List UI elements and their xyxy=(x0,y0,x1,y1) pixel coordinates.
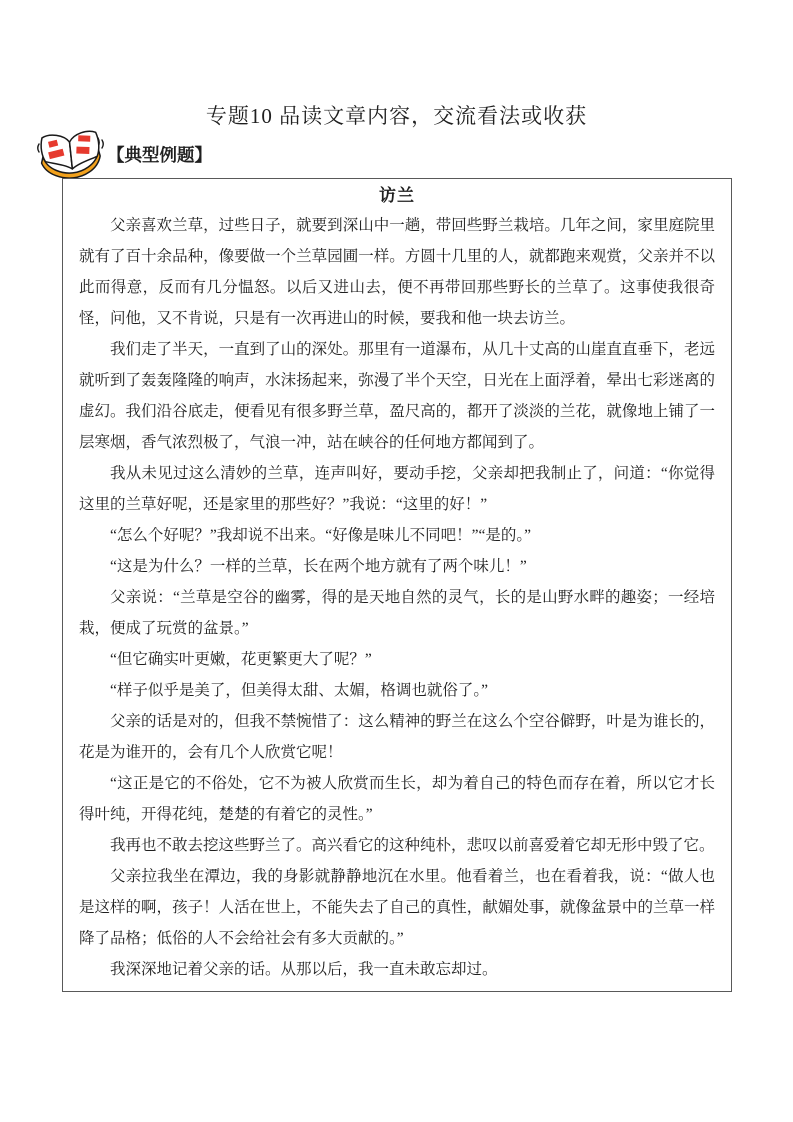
article-paragraph: 我们走了半天，一直到了山的深处。那里有一道瀑布，从几十丈高的山崖直直垂下，老远就… xyxy=(79,334,715,458)
article-paragraph: 父亲说：“兰草是空谷的幽雾，得的是天地自然的灵气，长的是山野水畔的趣姿；一经培栽… xyxy=(79,582,715,644)
article-paragraph: 我再也不敢去挖这些野兰了。高兴看它的这种纯朴，悲叹以前喜爱着它却无形中毁了它。 xyxy=(79,830,715,861)
article-paragraph: 父亲喜欢兰草，过些日子，就要到深山中一趟，带回些野兰栽培。几年之间，家里庭院里就… xyxy=(79,210,715,334)
article-box: 访兰 父亲喜欢兰草，过些日子，就要到深山中一趟，带回些野兰栽培。几年之间，家里庭… xyxy=(62,178,732,992)
article-body: 父亲喜欢兰草，过些日子，就要到深山中一趟，带回些野兰栽培。几年之间，家里庭院里就… xyxy=(79,210,715,985)
document-page: 专题10 品读文章内容，交流看法或收获 xyxy=(0,0,793,1122)
article-paragraph: “样子似乎是美了，但美得太甜、太媚，格调也就俗了。” xyxy=(79,675,715,706)
article-paragraph: “怎么个好呢？”我却说不出来。“好像是味儿不同吧！”“是的。” xyxy=(79,520,715,551)
open-book-icon xyxy=(36,129,106,179)
article-paragraph: 我深深地记着父亲的话。从那以后，我一直未敢忘却过。 xyxy=(79,954,715,985)
article-paragraph: “这正是它的不俗处，它不为被人欣赏而生长，却为着自己的特色而存在着，所以它才长得… xyxy=(79,768,715,830)
article-paragraph: 我从未见过这么清妙的兰草，连声叫好，要动手挖，父亲却把我制止了，问道：“你觉得这… xyxy=(79,458,715,520)
article-paragraph: “但它确实叶更嫩，花更繁更大了呢？” xyxy=(79,644,715,675)
article-title: 访兰 xyxy=(79,181,715,210)
section-header: 【典型例题】 xyxy=(36,129,212,179)
article-paragraph: 父亲拉我坐在潭边，我的身影就静静地沉在水里。他看着兰，也在看着我，说：“做人也是… xyxy=(79,861,715,954)
article-paragraph: “这是为什么？一样的兰草，长在两个地方就有了两个味儿！” xyxy=(79,551,715,582)
article-paragraph: 父亲的话是对的，但我不禁惋惜了：这么精神的野兰在这么个空谷僻野，叶是为谁长的，花… xyxy=(79,706,715,768)
page-title: 专题10 品读文章内容，交流看法或收获 xyxy=(0,100,793,130)
section-label: 【典型例题】 xyxy=(107,142,212,167)
